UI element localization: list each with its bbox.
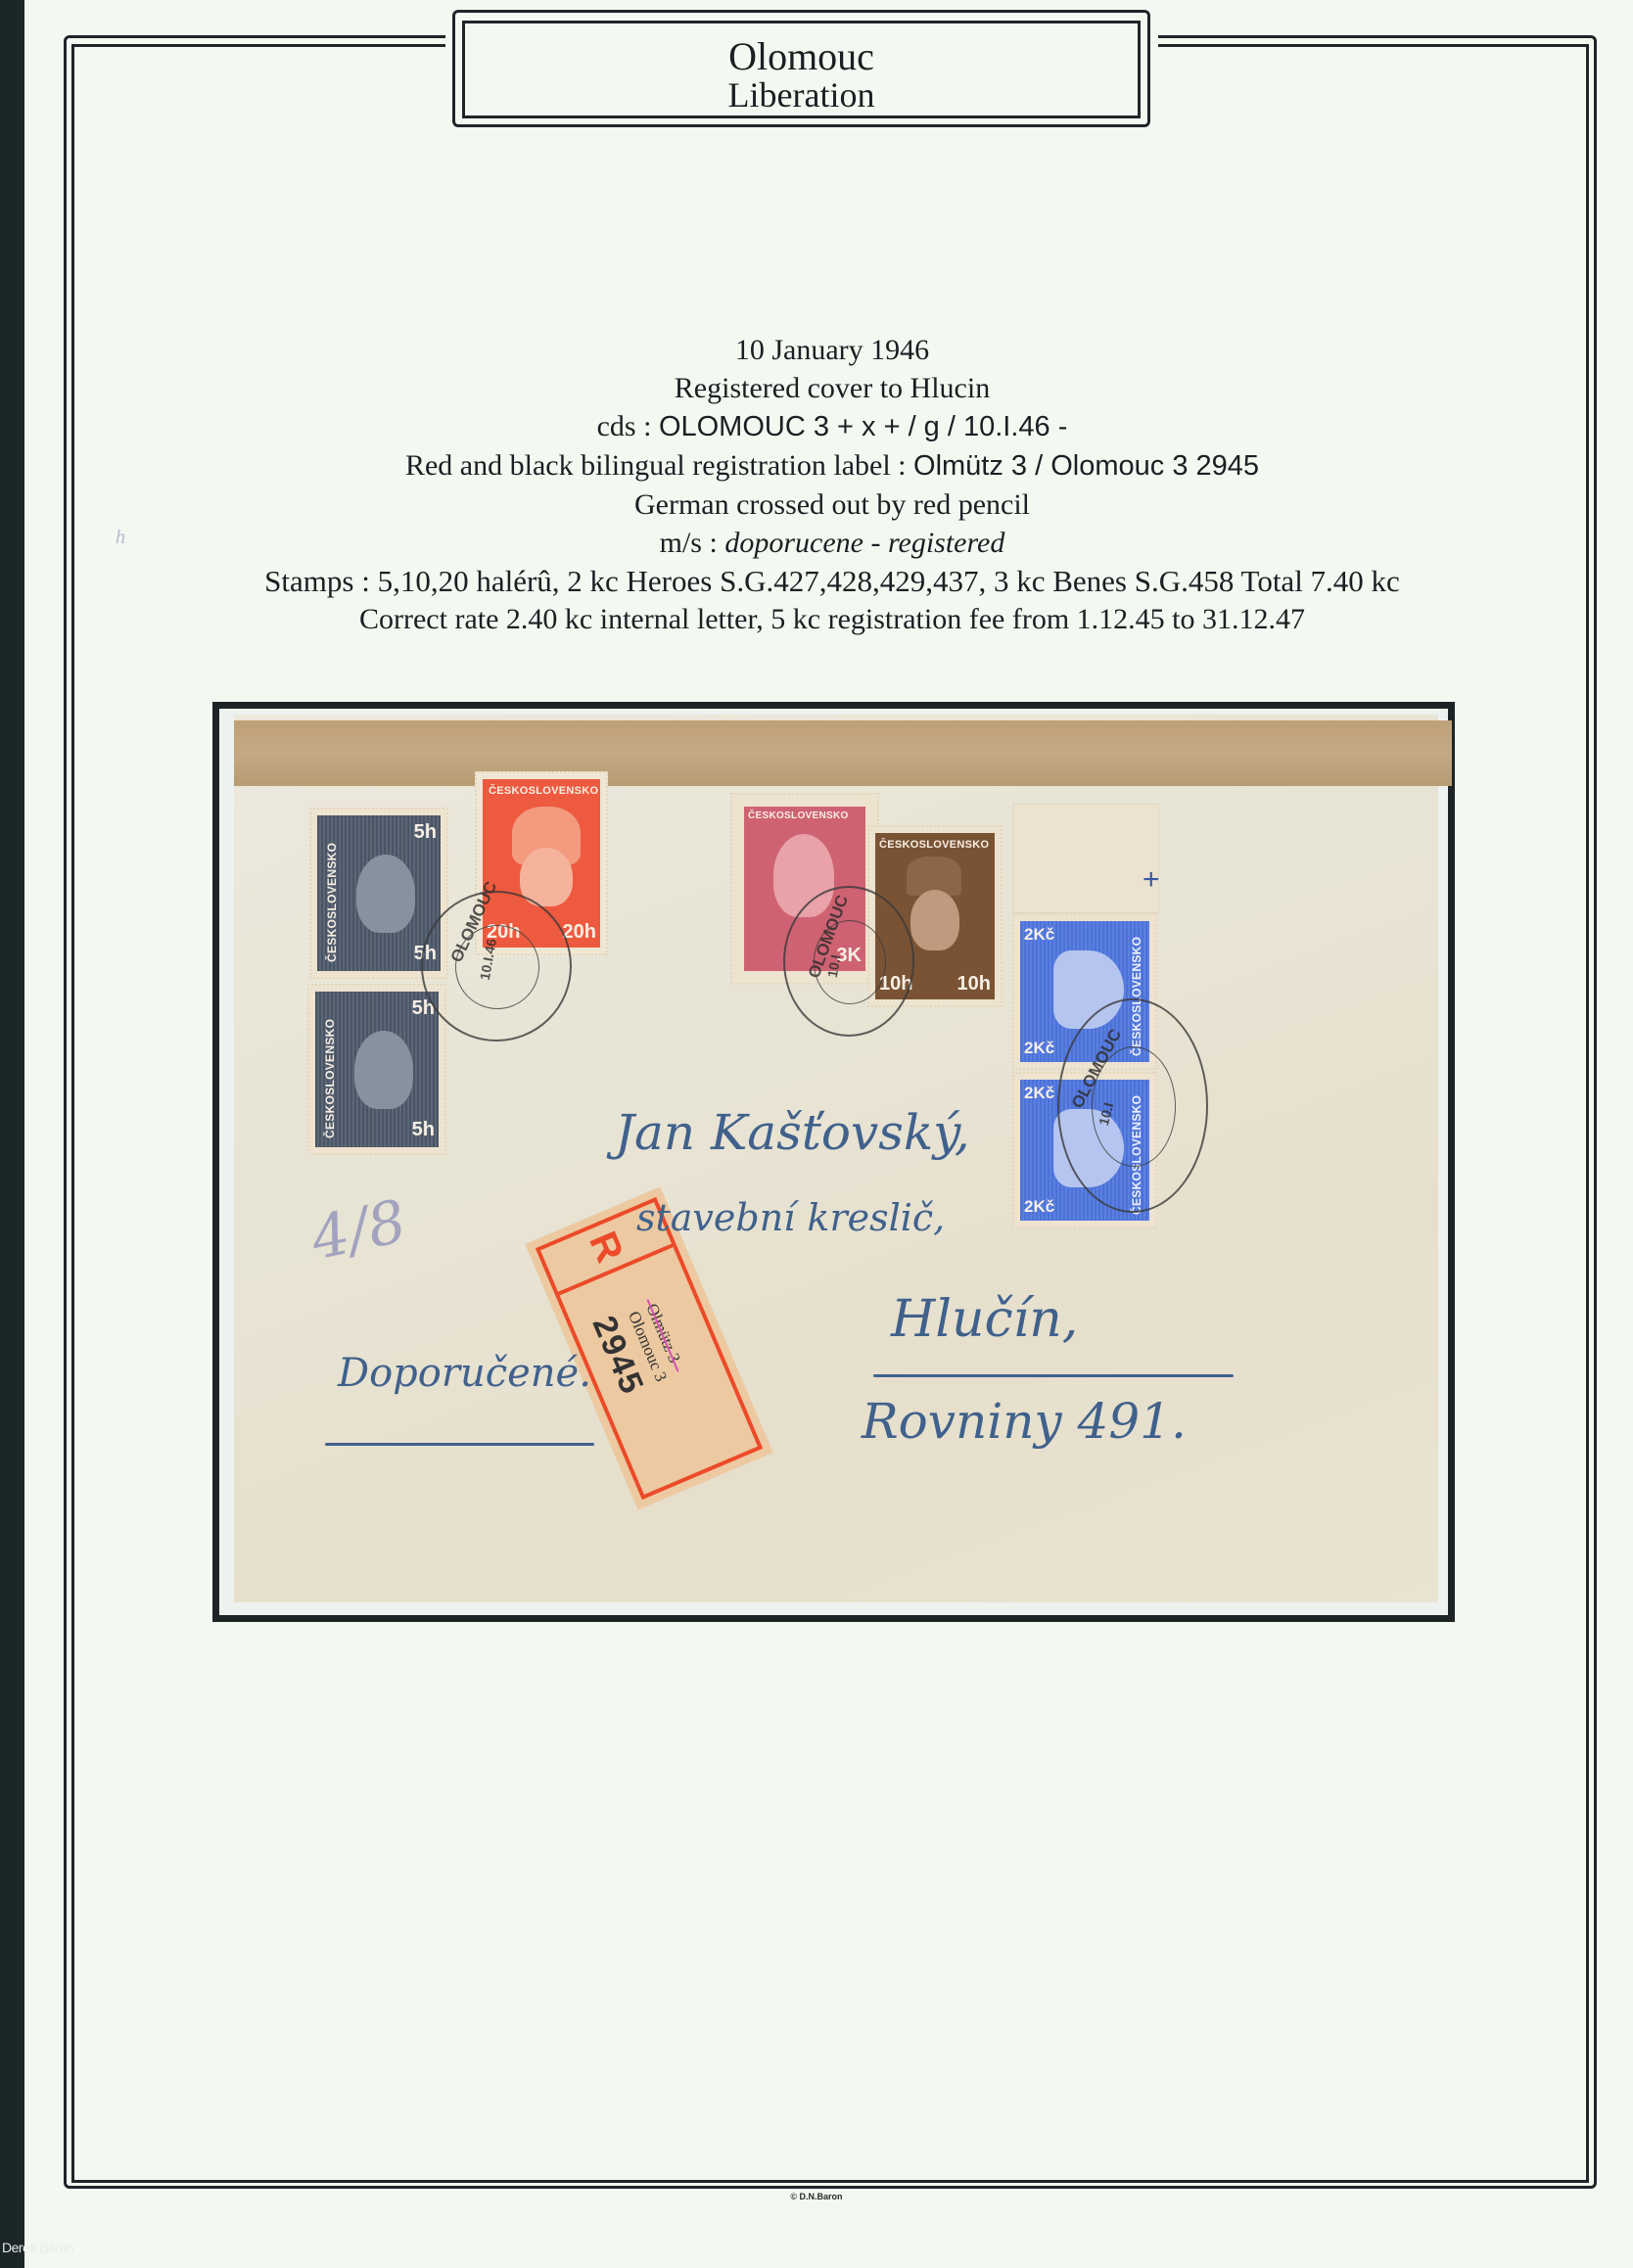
description-block: 10 January 1946 Registered cover to Hluc… bbox=[78, 331, 1586, 638]
postmark-1: OLOMOUC 10.I.46 bbox=[421, 891, 572, 1041]
pen-cross-mark: + bbox=[1143, 863, 1160, 897]
scan-edge bbox=[0, 0, 24, 2268]
rate-line: Correct rate 2.40 kc internal letter, 5 … bbox=[78, 600, 1586, 638]
page-subtitle: Liberation bbox=[465, 76, 1138, 114]
manuscript-underline bbox=[325, 1443, 594, 1446]
address-street: Rovniny 491. bbox=[862, 1393, 1187, 1450]
sheet-margin bbox=[1012, 804, 1159, 913]
watermark: Derek Baron bbox=[2, 2240, 73, 2255]
label-line: Red and black bilingual registration lab… bbox=[78, 446, 1586, 486]
cover-subject: Registered cover to Hlucin bbox=[78, 369, 1586, 407]
manuscript-registered: Doporučené. bbox=[338, 1351, 591, 1396]
manuscript-line: m/s : doporucene - registered bbox=[78, 524, 1586, 562]
manuscript-value: doporucene bbox=[724, 527, 863, 559]
cds-line: cds : OLOMOUC 3 + x + / g / 10.I.46 - bbox=[78, 407, 1586, 446]
cover-date: 10 January 1946 bbox=[78, 331, 1586, 369]
address-name: Jan Kašťovský, bbox=[615, 1104, 970, 1161]
stamps-line: Stamps : 5,10,20 halérû, 2 kc Heroes S.G… bbox=[78, 562, 1586, 600]
town-underline bbox=[873, 1374, 1234, 1377]
cds-value: OLOMOUC 3 + x + / g / 10.I.46 - bbox=[659, 411, 1067, 442]
postmark-2: OLOMOUC 10.I bbox=[783, 886, 914, 1037]
copyright: © D.N.Baron bbox=[0, 2192, 1633, 2201]
address-occupation: stavební kreslič, bbox=[636, 1196, 945, 1239]
german-note: German crossed out by red pencil bbox=[78, 486, 1586, 524]
label-value: Olmütz 3 / Olomouc 3 2945 bbox=[913, 450, 1259, 482]
stamp-5h-lower: ČESKOSLOVENSKO 5h 5h bbox=[307, 984, 446, 1155]
postmark-3: OLOMOUC 10.I bbox=[1057, 998, 1208, 1213]
title-box: Olomouc Liberation bbox=[452, 10, 1150, 127]
page-title: Olomouc bbox=[465, 37, 1138, 76]
envelope-flap bbox=[234, 720, 1452, 786]
registration-letter: R bbox=[583, 1227, 630, 1268]
address-town: Hlučín, bbox=[891, 1290, 1078, 1349]
